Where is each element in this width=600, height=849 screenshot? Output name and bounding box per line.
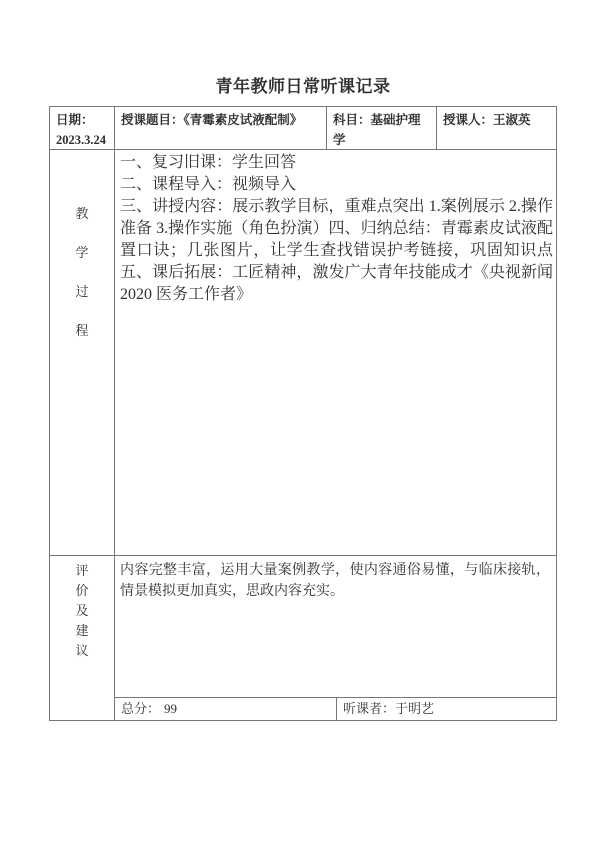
info-row: 日期： 2023.3.24 授课题目：《青霉素皮试液配制》 科目：基础护理学 授… bbox=[50, 107, 556, 150]
listener-cell: 听课者：于明艺 bbox=[337, 698, 556, 720]
listener-value: 于明艺 bbox=[395, 701, 434, 716]
subject-cell: 科目：基础护理学 bbox=[327, 107, 437, 150]
total-score-value: 99 bbox=[164, 701, 177, 716]
score-row: 总分：99 听课者：于明艺 bbox=[115, 698, 556, 720]
document-page: 青年教师日常听课记录 日期： 2023.3.24 授课题目：《青霉素皮试液配制》… bbox=[0, 0, 600, 849]
lecture-topic-cell: 授课题目：《青霉素皮试液配制》 bbox=[115, 107, 327, 150]
lecturer-value: 王淑英 bbox=[493, 113, 531, 127]
evaluation-right-area: 内容完整丰富，运用大量案例教学，使内容通俗易懂，与临床接轨，情景模拟更加真实，思… bbox=[115, 556, 556, 720]
date-cell: 日期： 2023.3.24 bbox=[50, 107, 115, 150]
record-table: 日期： 2023.3.24 授课题目：《青霉素皮试液配制》 科目：基础护理学 授… bbox=[49, 106, 557, 721]
teaching-process-row: 教 学 过 程 一、复习旧课：学生回答 二、课程导入：视频导入 三、讲授内容：展… bbox=[50, 150, 556, 556]
evaluation-row: 评 价 及 建 议 内容完整丰富，运用大量案例教学，使内容通俗易懂，与临床接轨，… bbox=[50, 556, 556, 720]
teaching-process-content: 一、复习旧课：学生回答 二、课程导入：视频导入 三、讲授内容：展示教学目标，重难… bbox=[115, 150, 556, 556]
process-line-main: 三、讲授内容：展示教学目标，重难点突出 1.案例展示 2.操作准备 3.操作实施… bbox=[120, 196, 553, 306]
lecture-topic-label: 授课题目： bbox=[121, 113, 184, 127]
subject-label: 科目： bbox=[333, 113, 371, 127]
date-label: 日期： bbox=[56, 110, 109, 130]
total-score-cell: 总分：99 bbox=[115, 698, 337, 720]
listener-label: 听课者： bbox=[343, 701, 395, 716]
evaluation-comment: 内容完整丰富，运用大量案例教学，使内容通俗易懂，与临床接轨，情景模拟更加真实，思… bbox=[115, 556, 556, 698]
process-line-review: 一、复习旧课：学生回答 bbox=[120, 152, 553, 174]
lecturer-cell: 授课人：王淑英 bbox=[437, 107, 556, 150]
lecture-topic-value: 《青霉素皮试液配制》 bbox=[184, 113, 303, 127]
teaching-process-side-label: 教 学 过 程 bbox=[50, 150, 115, 556]
page-title: 青年教师日常听课记录 bbox=[49, 76, 557, 98]
evaluation-side-label: 评 价 及 建 议 bbox=[50, 556, 115, 720]
date-value: 2023.3.24 bbox=[56, 130, 109, 150]
process-line-intro: 二、课程导入：视频导入 bbox=[120, 174, 553, 196]
lecturer-label: 授课人： bbox=[443, 113, 493, 127]
total-score-label: 总分： bbox=[121, 701, 160, 716]
